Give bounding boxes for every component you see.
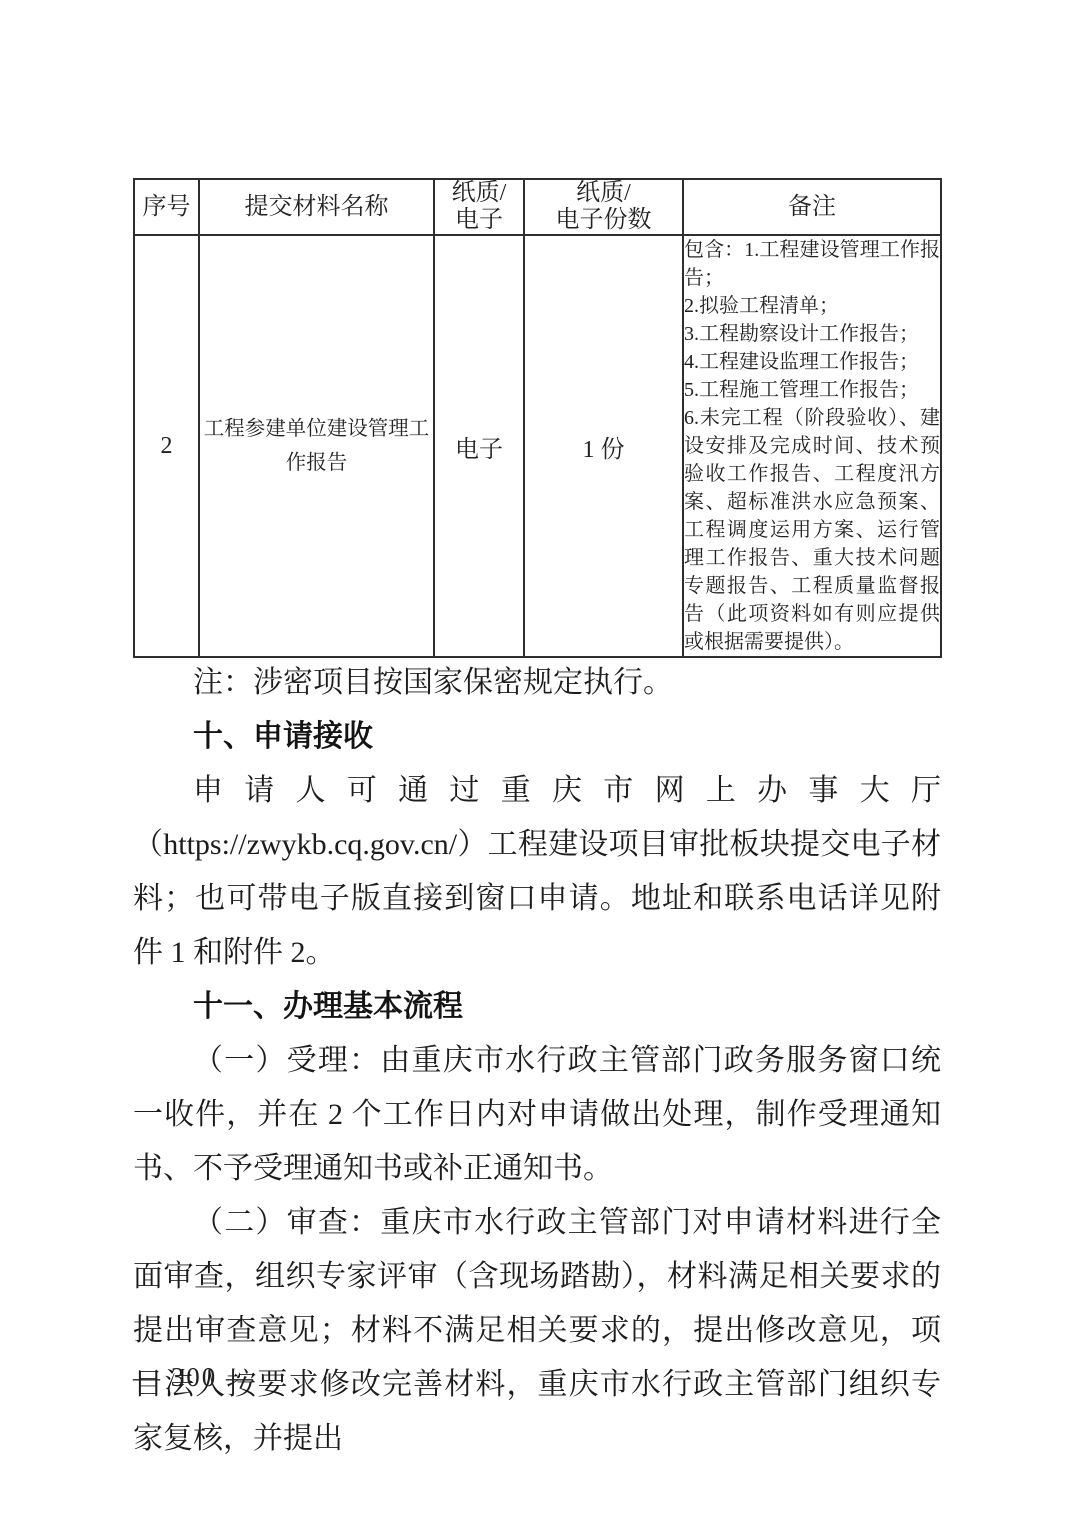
table-row: 2 工程参建单位建设管理工作报告 电子 1 份 包含：1.工程建设管理工作报告；… [134, 235, 941, 657]
cell-remark: 包含：1.工程建设管理工作报告； 2.拟验工程清单； 3.工程勘察设计工作报告；… [683, 235, 941, 657]
header-copies: 纸质/ 电子份数 [524, 179, 683, 235]
paragraph-process-review: （二）审查：重庆市水行政主管部门对申请材料进行全面审查，组织专家评审（含现场踏勘… [133, 1196, 941, 1466]
page-number: — 300 — [133, 1362, 255, 1393]
section-heading-11: 十一、办理基本流程 [133, 980, 941, 1034]
paragraph-application-receiving: 申请人可通过重庆市网上办事大厅（https://zwykb.cq.gov.cn/… [133, 764, 941, 980]
header-seq: 序号 [134, 179, 199, 235]
document-body: 注：涉密项目按国家保密规定执行。 十、申请接收 申请人可通过重庆市网上办事大厅（… [133, 656, 941, 1466]
table-header-row: 序号 提交材料名称 纸质/ 电子 纸质/ 电子份数 备注 [134, 179, 941, 235]
document-page: 序号 提交材料名称 纸质/ 电子 纸质/ 电子份数 备注 2 工程参建单位建设管… [0, 0, 1074, 1520]
header-material-name: 提交材料名称 [199, 179, 434, 235]
materials-table-body: 2 工程参建单位建设管理工作报告 电子 1 份 包含：1.工程建设管理工作报告；… [134, 235, 941, 657]
materials-table: 序号 提交材料名称 纸质/ 电子 纸质/ 电子份数 备注 2 工程参建单位建设管… [133, 178, 942, 658]
materials-table-header: 序号 提交材料名称 纸质/ 电子 纸质/ 电子份数 备注 [134, 179, 941, 235]
cell-seq: 2 [134, 235, 199, 657]
table-note: 注：涉密项目按国家保密规定执行。 [133, 656, 941, 710]
cell-copies: 1 份 [524, 235, 683, 657]
paragraph-process-acceptance: （一）受理：由重庆市水行政主管部门政务服务窗口统一收件，并在 2 个工作日内对申… [133, 1034, 941, 1196]
header-remark: 备注 [683, 179, 941, 235]
cell-material-name: 工程参建单位建设管理工作报告 [199, 235, 434, 657]
header-medium: 纸质/ 电子 [434, 179, 524, 235]
cell-medium: 电子 [434, 235, 524, 657]
section-heading-10: 十、申请接收 [133, 710, 941, 764]
